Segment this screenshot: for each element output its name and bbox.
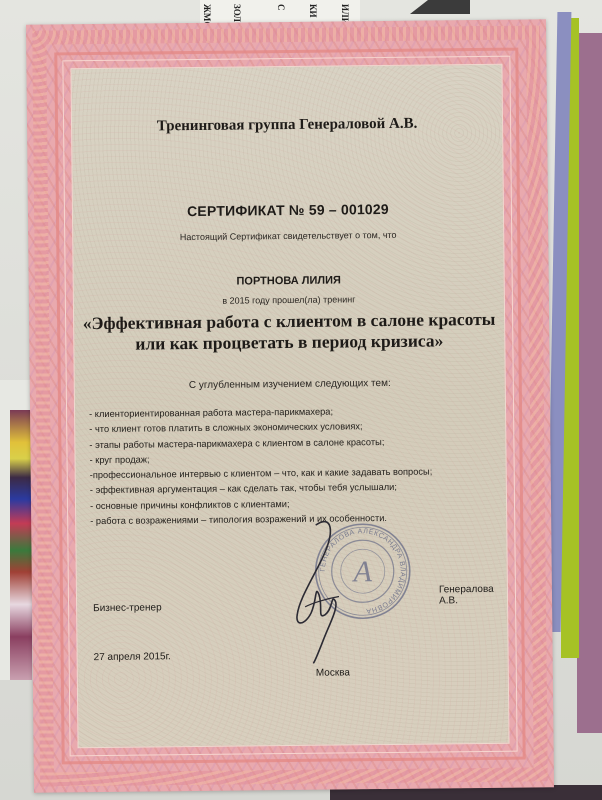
year-line: в 2015 году прошел(ла) тренинг [74,293,504,308]
city: Москва [316,667,350,678]
course-title: «Эффективная работа с клиентом в салоне … [74,309,504,356]
attestation-text: Настоящий Сертификат свидетельствует о т… [73,229,503,244]
colorful-magazine-edge [10,410,32,680]
certificate-sheet: Тренинговая группа Генераловой А.В. СЕРТ… [26,19,554,792]
spine-text: С [276,4,286,11]
folder-mauve [577,33,602,733]
recipient-name: ПОРТНОВА ЛИЛИЯ [74,273,504,290]
signer-role: Бизнес-тренер [93,602,162,614]
topics-intro: С углубленным изучением следующих тем: [75,377,505,393]
organization-name: Тренинговая группа Генераловой А.В. [72,115,502,137]
certificate-body: Тренинговая группа Генераловой А.В. СЕРТ… [70,64,509,748]
topics-list: - клиенториентированная работа мастера-п… [89,403,486,530]
spine-text: КИ [308,4,318,18]
signer-name: Генералова А.В. [439,584,507,607]
signature-icon [276,514,368,665]
issue-date: 27 апреля 2015г. [94,651,171,663]
certificate-number: СЕРТИФИКАТ № 59 – 001029 [73,200,503,221]
